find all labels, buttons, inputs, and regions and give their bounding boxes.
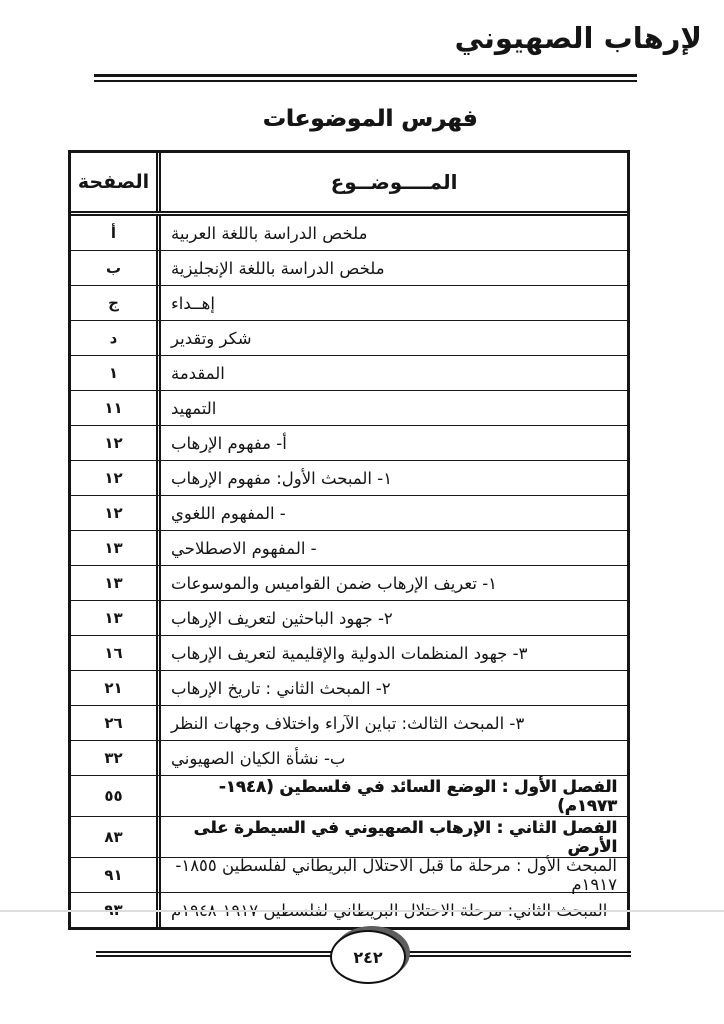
toc-page-number: د: [71, 321, 161, 355]
table-row: ١٣١- تعريف الإرهاب ضمن القواميس والموسوع…: [71, 566, 627, 601]
toc-topic: إهــداء: [161, 286, 627, 320]
toc-topic: ١- تعريف الإرهاب ضمن القواميس والموسوعات: [161, 566, 627, 600]
column-header-page: الصفحة: [71, 153, 161, 211]
toc-page-number: ١: [71, 356, 161, 390]
toc-page-number: ٢٦: [71, 706, 161, 740]
toc-page-number: ٢١: [71, 671, 161, 705]
toc-topic: المقدمة: [161, 356, 627, 390]
page-number-badge: ٢٤٢: [330, 930, 406, 984]
toc-page-number: ب: [71, 251, 161, 285]
toc-page-number: ١٢: [71, 461, 161, 495]
table-row: ٢٦٣- المبحث الثالث: تباين الآراء واختلاف…: [71, 706, 627, 741]
toc-page-number: ٨٣: [71, 817, 161, 857]
table-row: ٩١المبحث الأول : مرحلة ما قبل الاحتلال ا…: [71, 858, 627, 893]
toc-topic: - المفهوم الاصطلاحي: [161, 531, 627, 565]
table-row: ٥٥الفصل الأول : الوضع السائد في فلسطين (…: [71, 776, 627, 817]
table-row: دشكر وتقدير: [71, 321, 627, 356]
table-row: جإهــداء: [71, 286, 627, 321]
table-row: ٢١٢- المبحث الثاني : تاريخ الإرهاب: [71, 671, 627, 706]
table-row: ٨٣الفصل الثاني : الإرهاب الصهيوني في الس…: [71, 817, 627, 858]
table-row: ١٣- المفهوم الاصطلاحي: [71, 531, 627, 566]
toc-page-number: ٥٥: [71, 776, 161, 816]
table-row: بملخص الدراسة باللغة الإنجليزية: [71, 251, 627, 286]
table-header-row: الصفحة المــــوضــوع: [71, 153, 627, 216]
toc-topic: التمهيد: [161, 391, 627, 425]
toc-page-number: ١٢: [71, 426, 161, 460]
toc-topic: الفصل الأول : الوضع السائد في فلسطين (١٩…: [161, 776, 627, 816]
table-row: ٣٢ب- نشأة الكيان الصهيوني: [71, 741, 627, 776]
table-row: ١٢١- المبحث الأول: مفهوم الإرهاب: [71, 461, 627, 496]
header-divider: [94, 74, 637, 82]
toc-topic: ٢- المبحث الثاني : تاريخ الإرهاب: [161, 671, 627, 705]
toc-topic: أ- مفهوم الإرهاب: [161, 426, 627, 460]
toc-topic: ٣- جهود المنظمات الدولية والإقليمية لتعر…: [161, 636, 627, 670]
toc-topic: - المفهوم اللغوي: [161, 496, 627, 530]
toc-page-number: ٣٢: [71, 741, 161, 775]
toc-topic: المبحث الأول : مرحلة ما قبل الاحتلال الب…: [161, 858, 627, 892]
table-row: ١٢أ- مفهوم الإرهاب: [71, 426, 627, 461]
toc-topic: ١- المبحث الأول: مفهوم الإرهاب: [161, 461, 627, 495]
page-title: فهرس الموضوعات: [8, 106, 724, 132]
running-header-title: لإرهاب الصهيوني: [455, 16, 702, 60]
toc-page-number: ٩١: [71, 858, 161, 892]
toc-page-number: ١٣: [71, 531, 161, 565]
toc-page-number: ١٢: [71, 496, 161, 530]
table-row: أملخص الدراسة باللغة العربية: [71, 216, 627, 251]
table-row: ١٣٢- جهود الباحثين لتعريف الإرهاب: [71, 601, 627, 636]
toc-topic: الفصل الثاني : الإرهاب الصهيوني في السيط…: [161, 817, 627, 857]
toc-topic: شكر وتقدير: [161, 321, 627, 355]
toc-page-number: ١١: [71, 391, 161, 425]
scan-artifact-line: [0, 910, 724, 912]
toc-topic: ٢- جهود الباحثين لتعريف الإرهاب: [161, 601, 627, 635]
table-row: ١١التمهيد: [71, 391, 627, 426]
toc-topic: ملخص الدراسة باللغة العربية: [161, 216, 627, 250]
table-row: ١٦٣- جهود المنظمات الدولية والإقليمية لت…: [71, 636, 627, 671]
toc-topic: ٣- المبحث الثالث: تباين الآراء واختلاف و…: [161, 706, 627, 740]
toc-page-number: ١٣: [71, 601, 161, 635]
table-row: ١المقدمة: [71, 356, 627, 391]
toc-page-number: ١٦: [71, 636, 161, 670]
table-body: أملخص الدراسة باللغة العربيةبملخص الدراس…: [71, 216, 627, 927]
toc-topic: ملخص الدراسة باللغة الإنجليزية: [161, 251, 627, 285]
toc-page-number: ج: [71, 286, 161, 320]
table-row: ١٢- المفهوم اللغوي: [71, 496, 627, 531]
toc-page-number: ١٣: [71, 566, 161, 600]
toc-table: الصفحة المــــوضــوع أملخص الدراسة باللغ…: [68, 150, 630, 930]
column-header-topic: المــــوضــوع: [161, 153, 627, 211]
toc-page-number: أ: [71, 216, 161, 250]
toc-topic: ب- نشأة الكيان الصهيوني: [161, 741, 627, 775]
